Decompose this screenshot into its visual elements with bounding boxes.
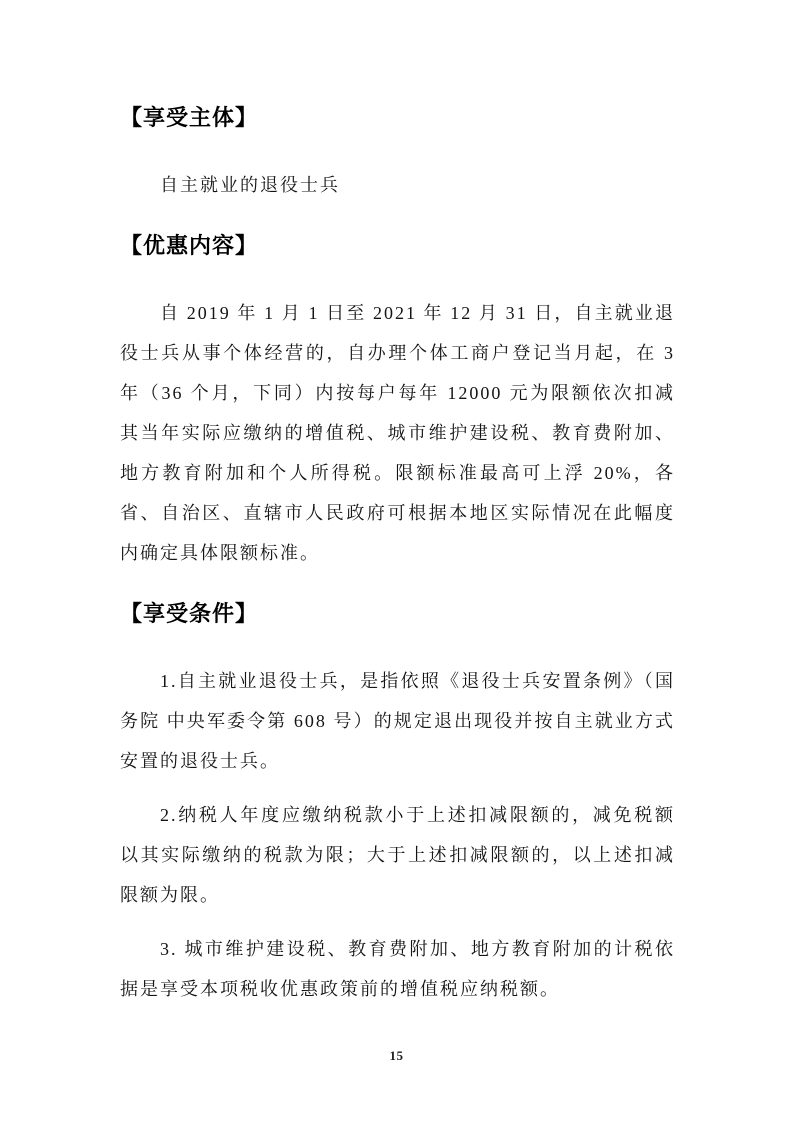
paragraph-condition-2: 2.纳税人年度应缴纳税款小于上述扣减限额的，减免税额以其实际缴纳的税款为限；大于… (120, 795, 675, 915)
page-number: 15 (0, 1048, 793, 1064)
section-heading-conditions: 【享受条件】 (120, 599, 675, 629)
paragraph-policy-content: 自 2019 年 1 月 1 日至 2021 年 12 月 31 日，自主就业退… (120, 293, 675, 573)
section-heading-beneficiary: 【享受主体】 (120, 103, 675, 133)
paragraph-beneficiary: 自主就业的退役士兵 (120, 165, 675, 205)
section-heading-policy-content: 【优惠内容】 (120, 231, 675, 261)
paragraph-condition-1: 1.自主就业退役士兵，是指依照《退役士兵安置条例》（国务院 中央军委令第 608… (120, 661, 675, 781)
paragraph-condition-3: 3. 城市维护建设税、教育费附加、地方教育附加的计税依据是享受本项税收优惠政策前… (120, 929, 675, 1009)
document-page: 【享受主体】 自主就业的退役士兵 【优惠内容】 自 2019 年 1 月 1 日… (0, 0, 793, 1122)
